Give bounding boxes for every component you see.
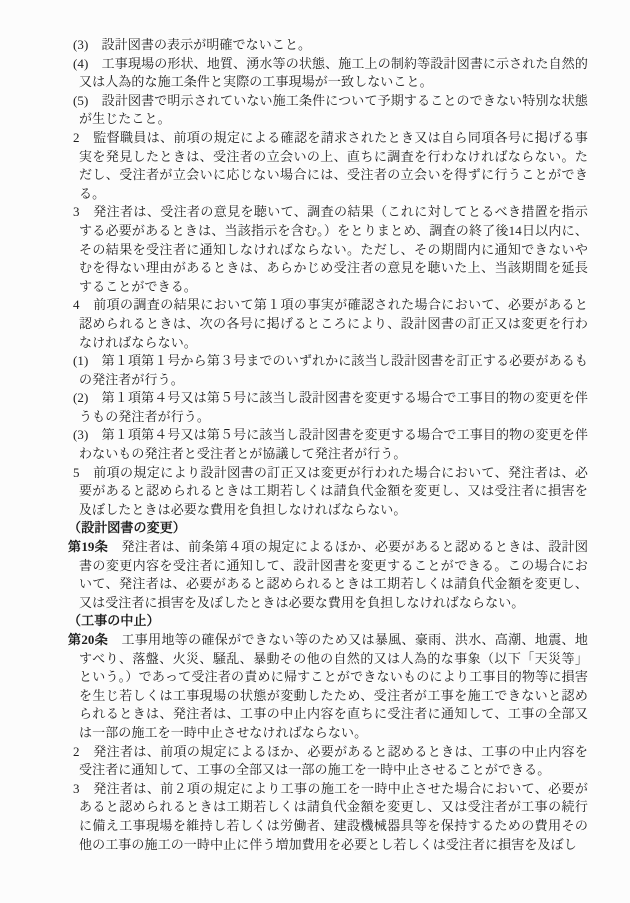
numbered-item: (3) 第１項第４号又は第５号に該当し設計図書を変更する場合で工事目的物の変更を…	[68, 426, 588, 463]
body-paragraph: 2 発注者は、前項の規定によるほか、必要があると認めるときは、工事の中止内容を受…	[68, 743, 588, 780]
article-caption: （設計図書の変更）	[68, 519, 588, 538]
body-paragraph: 5 前項の規定により設計図書の訂正又は変更が行われた場合において、発注者は、必要…	[68, 464, 588, 520]
numbered-item: (5) 設計図書で明示されていない施工条件について予期することのできない特別な状…	[68, 92, 588, 129]
body-paragraph: 3 発注者は、前２項の規定により工事の施工を一時中止させた場合において、必要があ…	[68, 780, 588, 854]
article-caption: （工事の中止）	[68, 612, 588, 631]
article-paragraph: 第19条 発注者は、前条第４項の規定によるほか、必要があると認めるときは、設計図…	[68, 538, 588, 612]
body-paragraph: 2 監督職員は、前項の規定による確認を請求されたとき又は自ら同項各号に掲げる事実…	[68, 129, 588, 203]
article-number: 第20条	[68, 632, 108, 647]
numbered-item: (1) 第１項第１号から第３号までのいずれかに該当し設計図書を訂正する必要がある…	[68, 352, 588, 389]
numbered-item: (3) 設計図書の表示が明確でないこと。	[68, 36, 588, 55]
numbered-item: (2) 第１項第４号又は第５号に該当し設計図書を変更する場合で工事目的物の変更を…	[68, 389, 588, 426]
document-content: (3) 設計図書の表示が明確でないこと。(4) 工事現場の形状、地質、湧水等の状…	[68, 36, 588, 854]
body-paragraph: 3 発注者は、受注者の意見を聴いて、調査の結果（これに対してとるべき措置を指示す…	[68, 203, 588, 296]
numbered-item: (4) 工事現場の形状、地質、湧水等の状態、施工上の制約等設計図書に示された自然…	[68, 55, 588, 92]
body-paragraph: 4 前項の調査の結果において第１項の事実が確認された場合において、必要があると認…	[68, 296, 588, 352]
document-page: (3) 設計図書の表示が明確でないこと。(4) 工事現場の形状、地質、湧水等の状…	[0, 0, 630, 903]
article-number: 第19条	[68, 539, 108, 554]
article-paragraph: 第20条 工事用地等の確保ができない等のため又は暴風、豪雨、洪水、高潮、地震、地…	[68, 631, 588, 743]
